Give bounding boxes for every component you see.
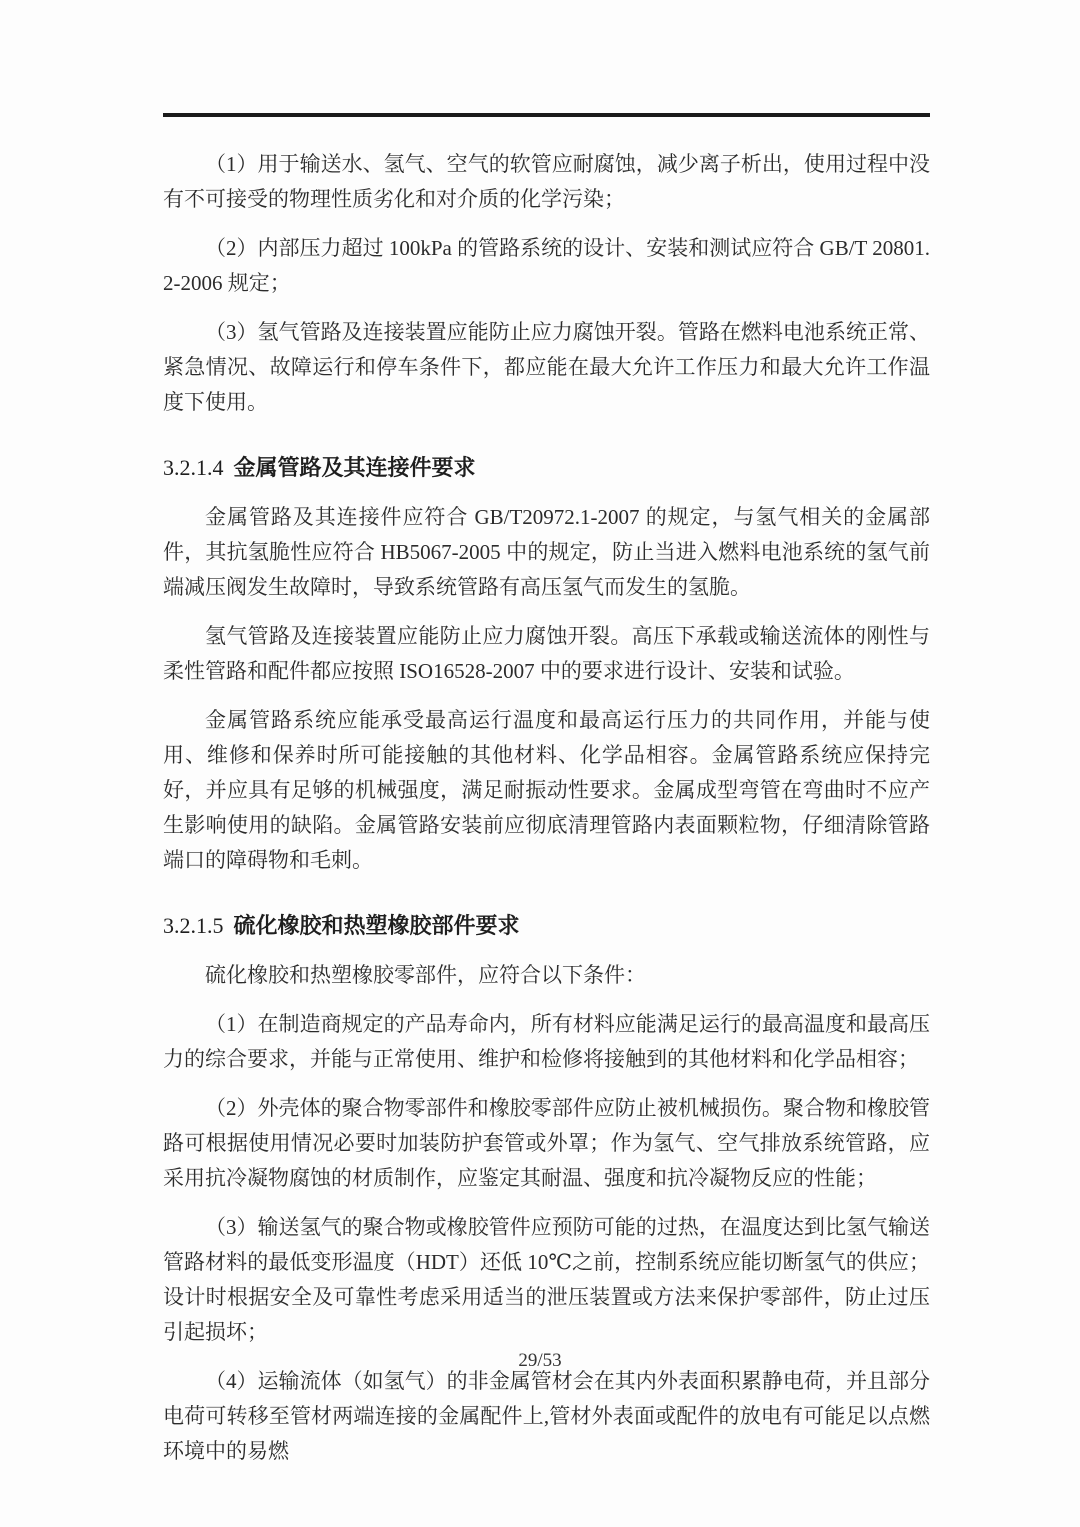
body-paragraph: 氢气管路及连接装置应能防止应力腐蚀开裂。高压下承载或输送流体的刚性与柔性管路和配… xyxy=(163,619,930,689)
section-title: 金属管路及其连接件要求 xyxy=(234,455,476,480)
body-paragraph: 金属管路系统应能承受最高运行温度和最高运行压力的共同作用，并能与使用、维修和保养… xyxy=(163,703,930,878)
section-heading-3-2-1-4: 3.2.1.4金属管路及其连接件要求 xyxy=(163,450,930,486)
header-rule xyxy=(163,113,930,117)
section-title: 硫化橡胶和热塑橡胶部件要求 xyxy=(234,913,520,938)
body-paragraph: （2）外壳体的聚合物零部件和橡胶零部件应防止被机械损伤。聚合物和橡胶管路可根据使… xyxy=(163,1091,930,1196)
section-number: 3.2.1.4 xyxy=(163,455,224,480)
body-paragraph: 金属管路及其连接件应符合 GB/T20972.1-2007 的规定，与氢气相关的… xyxy=(163,500,930,605)
section-heading-3-2-1-5: 3.2.1.5硫化橡胶和热塑橡胶部件要求 xyxy=(163,908,930,944)
document-page: （1）用于输送水、氢气、空气的软管应耐腐蚀，减少离子析出，使用过程中没有不可接受… xyxy=(0,0,1080,1527)
body-paragraph: （2）内部压力超过 100kPa 的管路系统的设计、安装和测试应符合 GB/T … xyxy=(163,231,930,301)
page-number: 29/53 xyxy=(0,1350,1080,1372)
body-paragraph: （1）在制造商规定的产品寿命内，所有材料应能满足运行的最高温度和最高压力的综合要… xyxy=(163,1007,930,1077)
section-number: 3.2.1.5 xyxy=(163,913,224,938)
page-content: （1）用于输送水、氢气、空气的软管应耐腐蚀，减少离子析出，使用过程中没有不可接受… xyxy=(163,113,930,1483)
body-paragraph: （3）输送氢气的聚合物或橡胶管件应预防可能的过热，在温度达到比氢气输送管路材料的… xyxy=(163,1210,930,1350)
body-paragraph: 硫化橡胶和热塑橡胶零部件，应符合以下条件： xyxy=(163,958,930,993)
body-paragraph: （4）运输流体（如氢气）的非金属管材会在其内外表面积累静电荷，并且部分电荷可转移… xyxy=(163,1364,930,1469)
body-paragraph: （1）用于输送水、氢气、空气的软管应耐腐蚀，减少离子析出，使用过程中没有不可接受… xyxy=(163,147,930,217)
body-paragraph: （3）氢气管路及连接装置应能防止应力腐蚀开裂。管路在燃料电池系统正常、紧急情况、… xyxy=(163,315,930,420)
